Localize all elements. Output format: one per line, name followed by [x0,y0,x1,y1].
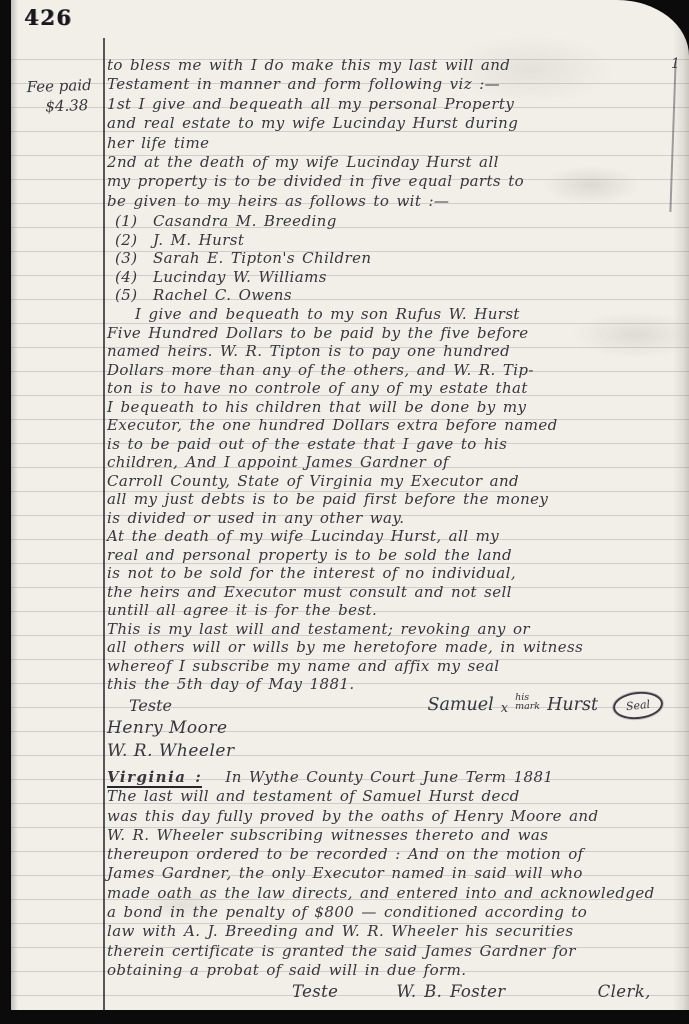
will-line: the heirs and Executor must consult and … [107,583,583,602]
will-line: named heirs. W. R. Tipton is to pay one … [107,342,583,361]
heir-name: Sarah E. Tipton's Children [153,249,371,267]
will-line: 2nd at the death of my wife Lucinday Hur… [107,153,524,172]
heir-row: (5)Rachel C. Owens [107,286,371,305]
heir-marker: (5) [107,286,153,305]
clerk-name: W. B. Foster [396,981,505,1002]
will-line: be given to my heirs as follows to wit :… [107,192,524,211]
will-line: is not to be sold for the interest of no… [107,564,583,583]
teste-label: Teste [129,696,172,715]
will-line: Five Hundred Dollars to be paid by the f… [107,324,583,343]
will-line: Executor, the one hundred Dollars extra … [107,416,583,435]
probate-line: thereupon ordered to be recorded : And o… [107,845,655,864]
fee-margin-note: Fee paid $4.38 [26,75,92,117]
witness-name: W. R. Wheeler [107,742,663,762]
mark-label: mark [515,702,540,711]
probate-line: was this day fully proved by the oaths o… [107,807,655,826]
will-line: I bequeath to his children that will be … [107,398,583,417]
will-line: Carroll County, State of Virginia my Exe… [107,472,583,491]
his-mark-annotation: his mark [515,693,540,711]
will-line: children, And I appoint James Gardner of [107,453,583,472]
scanned-page-stage: 426 Fee paid $4.38 1 to bless me with I … [0,0,689,1024]
probate-heading-line: Virginia : In Wythe County Court June Te… [107,768,655,787]
will-line: ton is to have no controle of any of my … [107,379,583,398]
will-line: Testament in manner and form following v… [107,75,524,94]
probate-line: The last will and testament of Samuel Hu… [107,787,655,806]
document-page: 426 Fee paid $4.38 1 to bless me with I … [11,0,689,1010]
teste-label: Teste [292,981,338,1002]
will-line: to bless me with I do make this my last … [107,56,524,75]
will-opening-section: to bless me with I do make this my last … [107,56,524,211]
probate-line: W. R. Wheeler subscribing witnesses ther… [107,826,655,845]
heir-name: J. M. Hurst [153,231,244,249]
will-line: untill all agree it is for the best. [107,601,583,620]
clerk-signature-row: Teste W. B. Foster Clerk, [107,981,655,1002]
probate-line: a bond in the penalty of $800 — conditio… [107,903,655,922]
stray-pen-mark: 1 [671,56,680,72]
signature-x-mark: x [501,701,508,716]
heir-row: (1)Casandra M. Breeding [107,212,371,231]
will-line: This is my last will and testament; revo… [107,620,583,639]
will-line: is to be paid out of the estate that I g… [107,435,583,454]
attestation-section: Teste Samuel x his mark Hurst Seal Henry… [107,694,663,761]
will-line: all my just debts is to be paid first be… [107,490,583,509]
probate-section: Virginia : In Wythe County Court June Te… [107,768,655,1002]
heir-name: Lucinday W. Williams [153,268,327,286]
probate-line: therein certificate is granted the said … [107,942,655,961]
will-line: and real estate to my wife Lucinday Hurs… [107,114,524,133]
will-line: Dollars more than any of the others, and… [107,361,583,380]
signature-row: Teste Samuel x his mark Hurst Seal [107,694,663,716]
heir-name: Casandra M. Breeding [153,212,337,230]
probate-line: obtaining a probat of said will in due f… [107,961,655,980]
probate-heading: Virginia : [107,768,202,788]
probate-line: James Gardner, the only Executor named i… [107,864,655,883]
probate-line: law with A. J. Breeding and W. R. Wheele… [107,922,655,941]
clerk-title: Clerk, [598,981,651,1002]
fold-crease-mark [669,62,676,212]
page-number: 426 [24,5,72,30]
will-body-section: I give and bequeath to my son Rufus W. H… [107,305,583,694]
will-line: 1st I give and bequeath all my personal … [107,95,524,114]
fee-note-line2: $4.38 [27,95,93,117]
will-line: my property is to be divided in five equ… [107,172,524,191]
will-line: her life time [107,134,524,153]
will-line: is divided or used in any other way. [107,509,583,528]
will-line: I give and bequeath to my son Rufus W. H… [107,305,583,324]
heir-row: (3)Sarah E. Tipton's Children [107,249,371,268]
heir-marker: (1) [107,212,153,231]
heir-marker: (4) [107,268,153,287]
seal: Seal [612,689,665,721]
margin-rule-line [103,38,105,1010]
probate-heading-rest: In Wythe County Court June Term 1881 [225,768,553,786]
heir-row: (4)Lucinday W. Williams [107,268,371,287]
heir-marker: (3) [107,249,153,268]
will-line: real and personal property is to be sold… [107,546,583,565]
will-line: At the death of my wife Lucinday Hurst, … [107,527,583,546]
heir-row: (2)J. M. Hurst [107,231,371,250]
signature-first-name: Samuel [428,695,494,715]
will-line: whereof I subscribe my name and affix my… [107,657,583,676]
will-line: all others will or wills by me heretofor… [107,638,583,657]
fee-note-line1: Fee paid [26,75,92,97]
signature-last-name: Hurst [547,695,598,715]
heirs-list: (1)Casandra M. Breeding (2)J. M. Hurst (… [107,212,371,305]
heir-name: Rachel C. Owens [153,286,292,304]
witness-name: Henry Moore [107,719,663,739]
probate-line: made oath as the law directs, and entere… [107,884,655,903]
testator-signature: Samuel x his mark Hurst Seal [428,692,664,719]
heir-marker: (2) [107,231,153,250]
